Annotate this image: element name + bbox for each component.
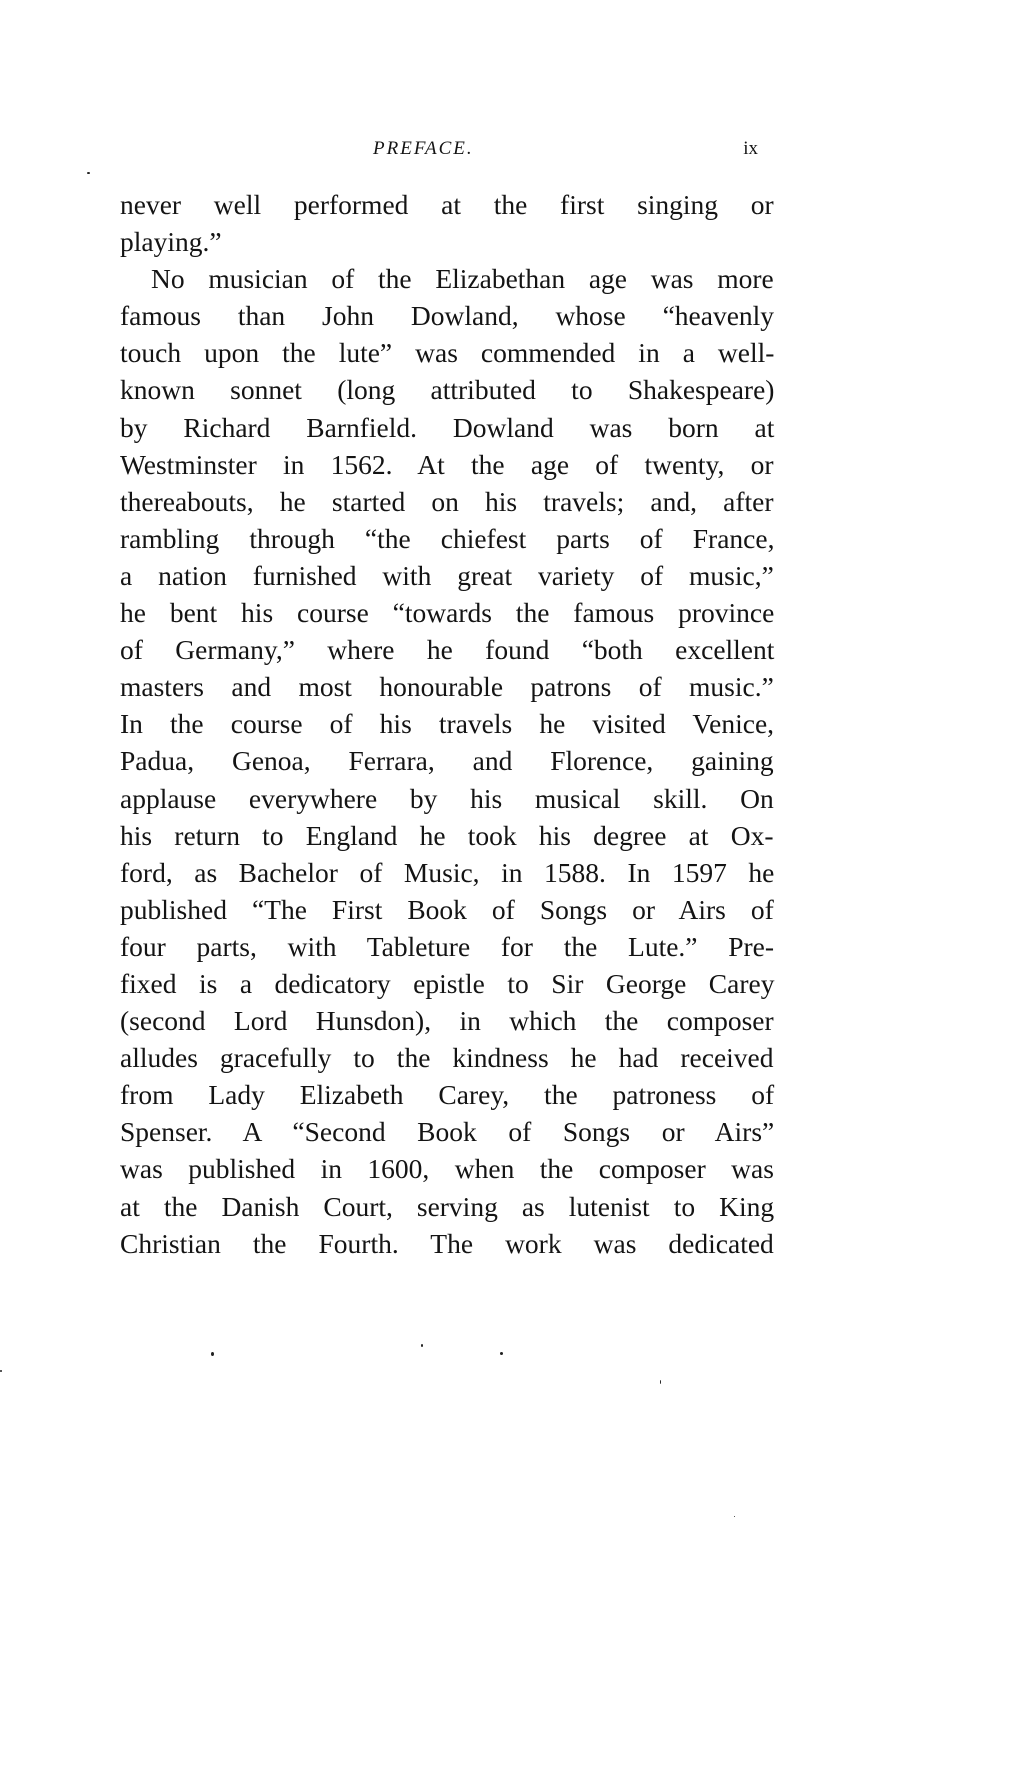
- text-line: thereabouts, he started on his travels; …: [120, 483, 774, 520]
- scan-speck: [500, 1352, 503, 1355]
- text-line: applause everywhere by his musical skill…: [120, 780, 774, 817]
- text-line: he bent his course “towards the famous p…: [120, 594, 774, 631]
- text-line: his return to England he took his degree…: [120, 817, 774, 854]
- body-text: never well performed at the first singin…: [120, 186, 774, 1262]
- book-page: PREFACE. ix never well performed at the …: [0, 0, 1020, 1790]
- scan-speck: [421, 1344, 423, 1347]
- text-line: Padua, Genoa, Ferrara, and Florence, gai…: [120, 742, 774, 779]
- text-line: masters and most honourable patrons of m…: [120, 668, 774, 705]
- text-line: never well performed at the first singin…: [120, 186, 774, 223]
- text-line: famous than John Dowland, whose “heavenl…: [120, 297, 774, 334]
- text-line: rambling through “the chiefest parts of …: [120, 520, 774, 557]
- paragraph-start-line: No musician of the Elizabethan age was m…: [120, 260, 774, 297]
- scan-speck: [211, 1352, 214, 1356]
- text-line: fixed is a dedicatory epistle to Sir Geo…: [120, 965, 774, 1002]
- text-line: at the Danish Court, serving as lutenist…: [120, 1188, 774, 1225]
- text-line: was published in 1600, when the composer…: [120, 1150, 774, 1187]
- text-line: touch upon the lute” was commended in a …: [120, 334, 774, 371]
- text-line: Westminster in 1562. At the age of twent…: [120, 446, 774, 483]
- text-line: Christian the Fourth. The work was dedic…: [120, 1225, 774, 1262]
- text-line: by Richard Barnfield. Dowland was born a…: [120, 409, 774, 446]
- page-number: ix: [743, 134, 758, 164]
- text-line: In the course of his travels he visited …: [120, 705, 774, 742]
- text-line: (second Lord Hunsdon), in which the comp…: [120, 1002, 774, 1039]
- running-head-title: PREFACE.: [373, 134, 474, 164]
- text-line: published “The First Book of Songs or Ai…: [120, 891, 774, 928]
- text-line: a nation furnished with great variety of…: [120, 557, 774, 594]
- text-line: playing.”: [120, 223, 774, 260]
- scan-speck: [734, 1516, 735, 1517]
- text-line: four parts, with Tableture for the Lute.…: [120, 928, 774, 965]
- text-line: known sonnet (long attributed to Shakesp…: [120, 371, 774, 408]
- scan-speck: [0, 1370, 2, 1372]
- scan-speck: [660, 1380, 661, 1384]
- scan-speck: [87, 172, 90, 174]
- text-line: Spenser. A “Second Book of Songs or Airs…: [120, 1113, 774, 1150]
- text-line: alludes gracefully to the kindness he ha…: [120, 1039, 774, 1076]
- text-line: ford, as Bachelor of Music, in 1588. In …: [120, 854, 774, 891]
- text-line: of Germany,” where he found “both excell…: [120, 631, 774, 668]
- running-head: PREFACE. ix: [120, 134, 772, 164]
- text-line: from Lady Elizabeth Carey, the patroness…: [120, 1076, 774, 1113]
